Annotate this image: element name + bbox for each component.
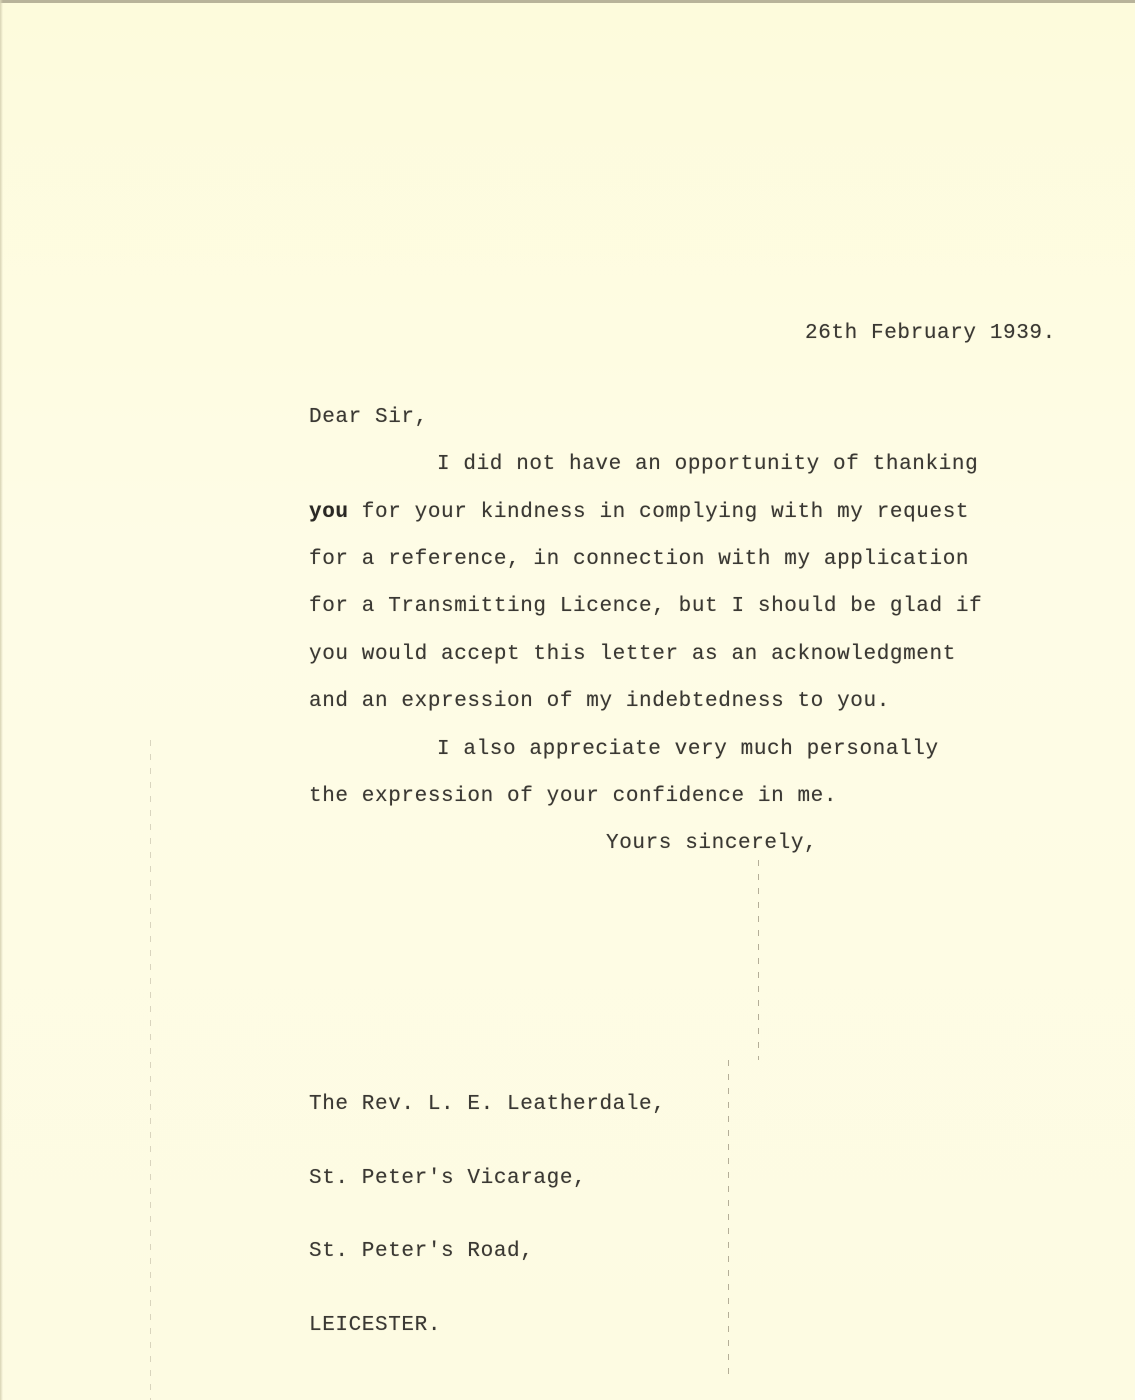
letter-date: 26th February 1939.: [805, 322, 1056, 346]
paper-left-edge: [0, 0, 3, 1400]
overtyped-word: you: [309, 501, 349, 524]
fold-crease: [150, 740, 151, 1400]
fold-crease: [728, 1060, 729, 1380]
recipient-address: The Rev. L. E. Leatherdale, St. Peter's …: [309, 1044, 665, 1387]
body-line: for a reference, in connection with my a…: [309, 548, 969, 572]
body-line: and an expression of my indebtedness to …: [309, 690, 890, 714]
body-line: you for your kindness in complying with …: [309, 501, 969, 525]
address-line: The Rev. L. E. Leatherdale,: [309, 1093, 665, 1118]
address-line: LEICESTER.: [309, 1314, 665, 1339]
fold-crease: [758, 860, 759, 1060]
paper-top-edge: [0, 0, 1135, 3]
body-line: I did not have an opportunity of thankin…: [437, 453, 978, 477]
body-line: for a Transmitting Licence, but I should…: [309, 595, 982, 619]
letter-page: 26th February 1939. Dear Sir, I did not …: [0, 0, 1135, 1400]
body-line: you would accept this letter as an ackno…: [309, 643, 956, 667]
body-line-text: for your kindness in complying with my r…: [349, 501, 970, 524]
salutation: Dear Sir,: [309, 406, 428, 430]
body-line: I also appreciate very much personally: [437, 738, 939, 762]
address-line: St. Peter's Vicarage,: [309, 1167, 665, 1192]
address-line: St. Peter's Road,: [309, 1240, 665, 1265]
complimentary-close: Yours sincerely,: [606, 832, 817, 856]
body-line: the expression of your confidence in me.: [309, 785, 837, 809]
